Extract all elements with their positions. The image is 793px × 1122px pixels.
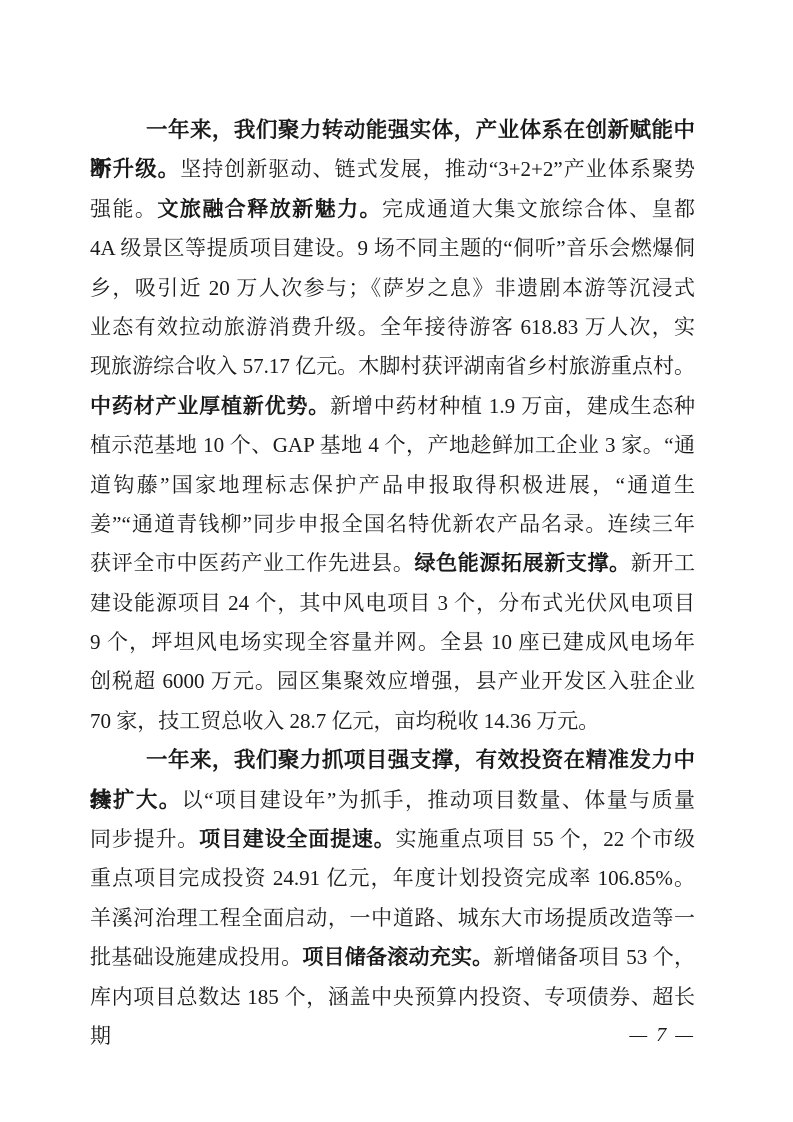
page-number: — 7 — xyxy=(90,1024,695,1047)
body-text: 4A 级景区等提质项目建设。9 场不同主题的“侗听”音乐会燃爆侗 xyxy=(90,236,695,260)
body-text: 植示范基地 10 个、GAP 基地 4 个，产地趁鲜加工企业 3 家。“通 xyxy=(90,433,695,457)
text-line: 道钩藤”国家地理标志保护产品申报取得积极进展，“通道生 xyxy=(90,466,695,505)
text-line: 4A 级景区等提质项目建设。9 场不同主题的“侗听”音乐会燃爆侗 xyxy=(90,229,695,268)
document-body: 一年来，我们聚力转动能强实体，产业体系在创新赋能中不断升级。坚持创新驱动、链式发… xyxy=(90,111,695,1017)
body-text: 实施重点项目 55 个，22 个市级 xyxy=(396,827,695,851)
text-line: 一年来，我们聚力转动能强实体，产业体系在创新赋能中不 xyxy=(90,111,695,150)
body-text: 现旅游综合收入 57.17 亿元。木脚村获评湖南省乡村旅游重点村。 xyxy=(90,354,695,378)
text-line: 续扩大。以“项目建设年”为抓手，推动项目数量、体量与质量 xyxy=(90,781,695,820)
page-number-text: — 7 — xyxy=(629,1024,695,1046)
text-line: 断升级。坚持创新驱动、链式发展，推动“3+2+2”产业体系聚势 xyxy=(90,150,695,189)
subheading-text: 项目建设全面提速。 xyxy=(199,827,395,851)
text-line: 建设能源项目 24 个，其中风电项目 3 个，分布式光伏风电项目 xyxy=(90,584,695,623)
subheading-text: 项目储备滚动充实。 xyxy=(302,945,493,969)
body-text: 创税超 6000 万元。园区集聚效应增强，县产业开发区入驻企业 xyxy=(90,669,695,693)
body-text: 道钩藤”国家地理标志保护产品申报取得积极进展，“通道生 xyxy=(90,473,695,497)
body-text: 同步提升。 xyxy=(90,827,199,851)
text-line: 羊溪河治理工程全面启动，一中道路、城东大市场提质改造等一 xyxy=(90,899,695,938)
subheading-text: 中药材产业厚植新优势。 xyxy=(90,394,330,418)
body-text: 70 家，技工贸总收入 28.7 亿元，亩均税收 14.36 万元。 xyxy=(90,709,599,733)
document-page: 一年来，我们聚力转动能强实体，产业体系在创新赋能中不断升级。坚持创新驱动、链式发… xyxy=(0,0,793,1122)
body-text: 新增储备项目 53 个， xyxy=(493,945,695,969)
paragraph-lead-text: 断升级。 xyxy=(90,157,180,181)
text-line: 获评全市中医药产业工作先进县。绿色能源拓展新支撑。新开工 xyxy=(90,544,695,583)
text-line: 植示范基地 10 个、GAP 基地 4 个，产地趁鲜加工企业 3 家。“通 xyxy=(90,426,695,465)
subheading-text: 绿色能源拓展新支撑。 xyxy=(414,551,630,575)
body-text: 获评全市中医药产业工作先进县。 xyxy=(90,551,414,575)
text-line: 70 家，技工贸总收入 28.7 亿元，亩均税收 14.36 万元。 xyxy=(90,702,695,741)
body-text: 重点项目完成投资 24.91 亿元，年度计划投资完成率 106.85%。 xyxy=(90,866,695,890)
text-line: 姜”“通道青钱柳”同步申报全国名特优新农产品名录。连续三年 xyxy=(90,505,695,544)
body-text: 业态有效拉动旅游消费升级。全年接待游客 618.83 万人次，实 xyxy=(90,315,695,339)
text-line: 一年来，我们聚力抓项目强支撑，有效投资在精准发力中持 xyxy=(90,741,695,780)
body-text: 坚持创新驱动、链式发展，推动“3+2+2”产业体系聚势 xyxy=(180,157,695,181)
text-line: 9 个，坪坦风电场实现全容量并网。全县 10 座已建成风电场年 xyxy=(90,623,695,662)
body-text: 以“项目建设年”为抓手，推动项目数量、体量与质量 xyxy=(182,788,695,812)
text-line: 乡，吸引近 20 万人次参与；《萨岁之息》非遗剧本游等沉浸式 xyxy=(90,269,695,308)
text-line: 批基础设施建成投用。项目储备滚动充实。新增储备项目 53 个， xyxy=(90,938,695,977)
text-line: 现旅游综合收入 57.17 亿元。木脚村获评湖南省乡村旅游重点村。 xyxy=(90,347,695,386)
body-text: 姜”“通道青钱柳”同步申报全国名特优新农产品名录。连续三年 xyxy=(90,512,695,536)
body-text: 羊溪河治理工程全面启动，一中道路、城东大市场提质改造等一 xyxy=(90,906,695,930)
body-text: 新开工 xyxy=(631,551,695,575)
body-text: 新增中药材种植 1.9 万亩，建成生态种 xyxy=(330,394,695,418)
body-text: 强能。 xyxy=(90,197,157,221)
text-line: 创税超 6000 万元。园区集聚效应增强，县产业开发区入驻企业 xyxy=(90,662,695,701)
body-text: 完成通道大集文旅综合体、皇都 xyxy=(382,197,695,221)
text-line: 库内项目总数达 185 个，涵盖中央预算内投资、专项债券、超长期 xyxy=(90,978,695,1017)
paragraph-lead-text: 续扩大。 xyxy=(90,788,182,812)
body-text: 建设能源项目 24 个，其中风电项目 3 个，分布式光伏风电项目 xyxy=(90,591,695,615)
text-line: 重点项目完成投资 24.91 亿元，年度计划投资完成率 106.85%。 xyxy=(90,859,695,898)
text-line: 中药材产业厚植新优势。新增中药材种植 1.9 万亩，建成生态种 xyxy=(90,387,695,426)
text-line: 同步提升。项目建设全面提速。实施重点项目 55 个，22 个市级 xyxy=(90,820,695,859)
text-line: 强能。文旅融合释放新魅力。完成通道大集文旅综合体、皇都 xyxy=(90,190,695,229)
body-text: 批基础设施建成投用。 xyxy=(90,945,302,969)
body-text: 9 个，坪坦风电场实现全容量并网。全县 10 座已建成风电场年 xyxy=(90,630,695,654)
body-text: 乡，吸引近 20 万人次参与；《萨岁之息》非遗剧本游等沉浸式 xyxy=(90,276,695,300)
text-line: 业态有效拉动旅游消费升级。全年接待游客 618.83 万人次，实 xyxy=(90,308,695,347)
subheading-text: 文旅融合释放新魅力。 xyxy=(157,197,382,221)
